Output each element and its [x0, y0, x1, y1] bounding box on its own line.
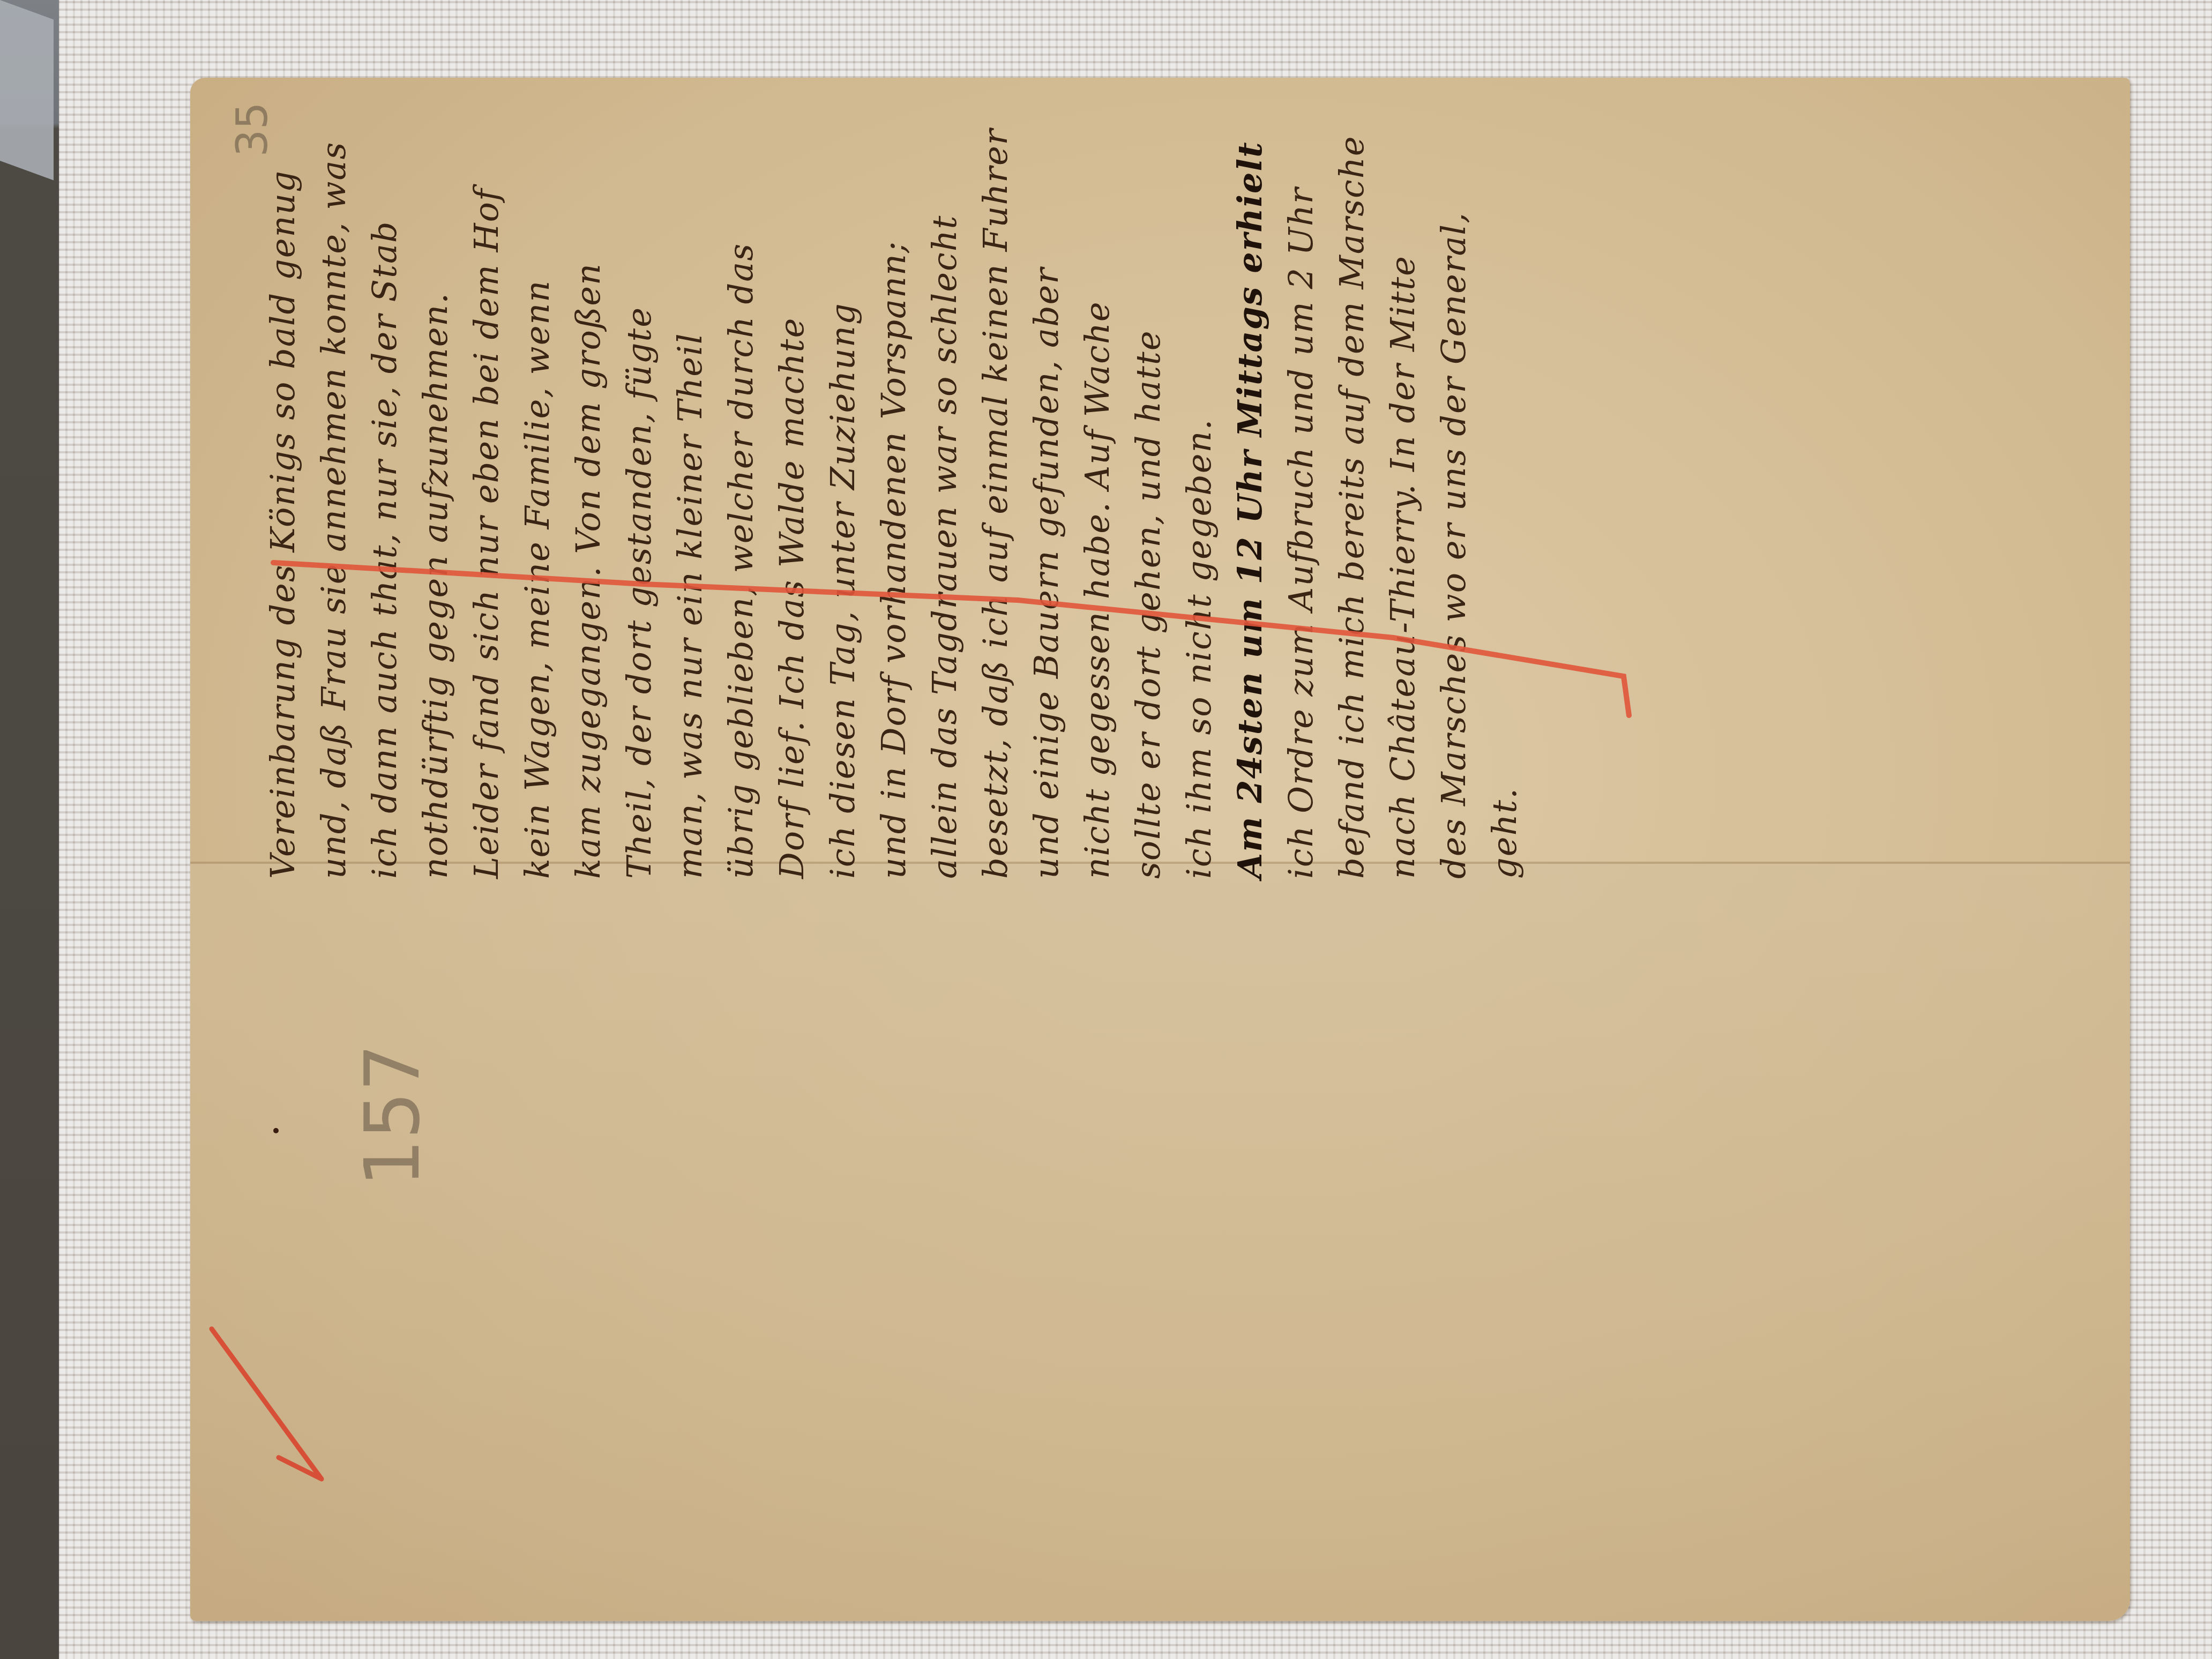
text-line: Vereinbarung des Königs so bald genug — [257, 96, 308, 879]
text-line: nach Château-Thierry. In der Mitte — [1377, 96, 1428, 879]
text-line: Dorf lief. Ich das Walde machte — [766, 96, 817, 879]
text-line: geht. — [1479, 96, 1530, 879]
text-line: und einige Bauern gefunden, aber — [1021, 96, 1072, 879]
text-line: allein das Tagdrauen war so schlecht — [919, 96, 970, 879]
text-line: des Marsches wo er uns der General, — [1428, 96, 1479, 879]
text-line: nothdürftig gegen aufzunehmen. — [410, 96, 461, 879]
text-line: man, was nur ein kleiner Theil — [664, 96, 715, 879]
text-line: kam zugegangen. Von dem großen — [563, 96, 614, 879]
table-surface — [0, 0, 59, 1659]
text-line: ich ihm so nicht gegeben. — [1174, 96, 1224, 879]
manuscript-lower-fold — [190, 863, 2130, 1621]
handwritten-text-block: Vereinbarung des Königs so bald genug un… — [257, 96, 2026, 879]
text-line: und in Dorf vorhandenen Vorspann; — [868, 96, 919, 879]
text-line: Leider fand sich nur eben bei dem Hof — [461, 96, 512, 879]
text-line: kein Wagen, meine Familie, wenn — [512, 96, 563, 879]
pencil-folio-number: 157 — [349, 1044, 437, 1187]
text-line: ich Ordre zum Aufbruch und um 2 Uhr — [1275, 96, 1326, 879]
text-line: ich diesen Tag, unter Zuziehung — [817, 96, 868, 879]
printed-label-slip — [0, 0, 54, 180]
text-line: ich dann auch that, nur sie, der Stab — [359, 96, 410, 879]
text-line: übrig geblieben, welcher durch das — [715, 96, 766, 879]
text-line: nicht gegessen habe. Auf Wache — [1072, 96, 1123, 879]
ink-dot — [273, 1128, 279, 1133]
text-line: und, daß Frau sie annehmen konnte, was — [308, 96, 359, 879]
text-line: sollte er dort gehen, und hatte — [1123, 96, 1174, 879]
text-line: befand ich mich bereits auf dem Marsche — [1326, 96, 1377, 879]
text-line: Theil, der dort gestanden, fügte — [614, 96, 664, 879]
text-line: besetzt, daß ich auf einmal keinen Fuhre… — [970, 96, 1021, 879]
text-line-date: Am 24sten um 12 Uhr Mittags erhielt — [1224, 96, 1275, 879]
